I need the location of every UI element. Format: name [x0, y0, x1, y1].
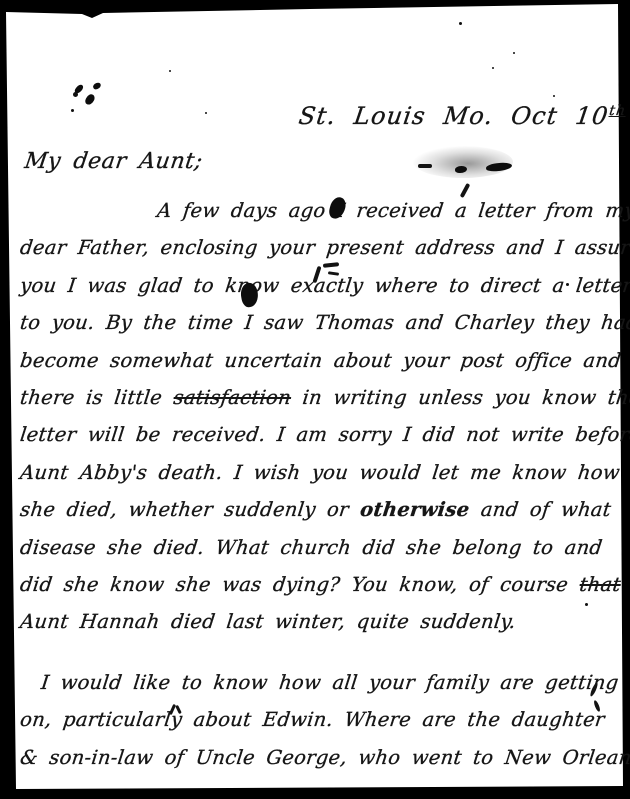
- line-text: to you. By the time I saw Thomas and Cha…: [19, 311, 630, 334]
- letter-line: Aunt Abby's death. I wish you would let …: [18, 454, 623, 491]
- line-text: and of what: [468, 498, 612, 521]
- line-text: you I was glad to know exactly where to …: [19, 274, 630, 297]
- line-text: letter will be received. I am sorry I di…: [19, 423, 630, 446]
- line-text: in writing unless you know the: [290, 386, 630, 409]
- ink-speck: [585, 603, 588, 606]
- overwritten-word: otherwise: [359, 498, 471, 521]
- ink-speck: [459, 22, 462, 25]
- line-text: she died, whether suddenly or: [19, 498, 362, 521]
- letter-line: & son-in-law of Uncle George, who went t…: [18, 739, 623, 776]
- letter-line: Aunt Hannah died last winter, quite sudd…: [18, 603, 623, 640]
- line-text: Aunt Hannah died last winter, quite sudd…: [19, 610, 517, 633]
- ink-speck: [566, 283, 569, 286]
- ink-dash: [418, 164, 432, 168]
- dateline-text: St. Louis Mo. Oct 10: [297, 102, 611, 130]
- scanned-letter-page: St. Louis Mo. Oct 10th1866 My dear Aunt;…: [0, 0, 630, 799]
- line-text: become somewhat uncertain about your pos…: [19, 349, 623, 372]
- dateline-superscript: th: [608, 103, 627, 119]
- letter-line: I would like to know how all your family…: [18, 664, 623, 701]
- line-text: & son-in-law of Uncle George, who went t…: [19, 746, 630, 769]
- ink-speck: [71, 109, 74, 112]
- letter-line: dear Father, enclosing your present addr…: [18, 229, 623, 266]
- ink-speck: [553, 95, 555, 97]
- line-text: dear Father, enclosing your present addr…: [19, 236, 630, 259]
- struck-word: that: [578, 573, 622, 596]
- letter-line: become somewhat uncertain about your pos…: [18, 342, 623, 379]
- line-text: I would like to know how all your family…: [40, 671, 620, 694]
- letter-line: A few days ago I received a letter from …: [18, 192, 623, 229]
- letter-dateline: St. Louis Mo. Oct 10th1866: [297, 102, 630, 130]
- line-text: A few days ago I received a letter from …: [156, 199, 630, 222]
- ink-speck: [169, 70, 171, 72]
- letter-line: there is little satisfaction in writing …: [18, 379, 623, 416]
- ink-speck: [73, 92, 78, 97]
- letter-line: did she know she was dying? You know, of…: [18, 566, 623, 603]
- line-text: Aunt Abby's death. I wish you would let …: [19, 461, 621, 484]
- letter-paragraph-2: I would like to know how all your family…: [18, 664, 618, 776]
- letter-line: you I was glad to know exactly where to …: [18, 267, 623, 304]
- ink-speck: [205, 112, 207, 114]
- struck-word: satisfaction: [172, 386, 292, 409]
- letter-salutation: My dear Aunt;: [23, 149, 204, 174]
- letter-line: she died, whether suddenly or otherwise …: [18, 491, 623, 528]
- letter-body: A few days ago I received a letter from …: [18, 192, 618, 776]
- line-text: did she know she was dying? You know, of…: [19, 573, 581, 596]
- letter-line: letter will be received. I am sorry I di…: [18, 416, 623, 453]
- letter-line: to you. By the time I saw Thomas and Cha…: [18, 304, 623, 341]
- letter-line: on, particularly about Edwin. Where are …: [18, 701, 623, 738]
- letter-paragraph-1: A few days ago I received a letter from …: [18, 192, 618, 641]
- ink-speck: [492, 67, 494, 69]
- line-text: disease she died. What church did she be…: [19, 536, 604, 559]
- line-text: on, particularly about Edwin. Where are …: [19, 708, 606, 731]
- line-text: there is little: [19, 386, 175, 409]
- letter-line: disease she died. What church did she be…: [18, 529, 623, 566]
- ink-speck: [513, 52, 515, 54]
